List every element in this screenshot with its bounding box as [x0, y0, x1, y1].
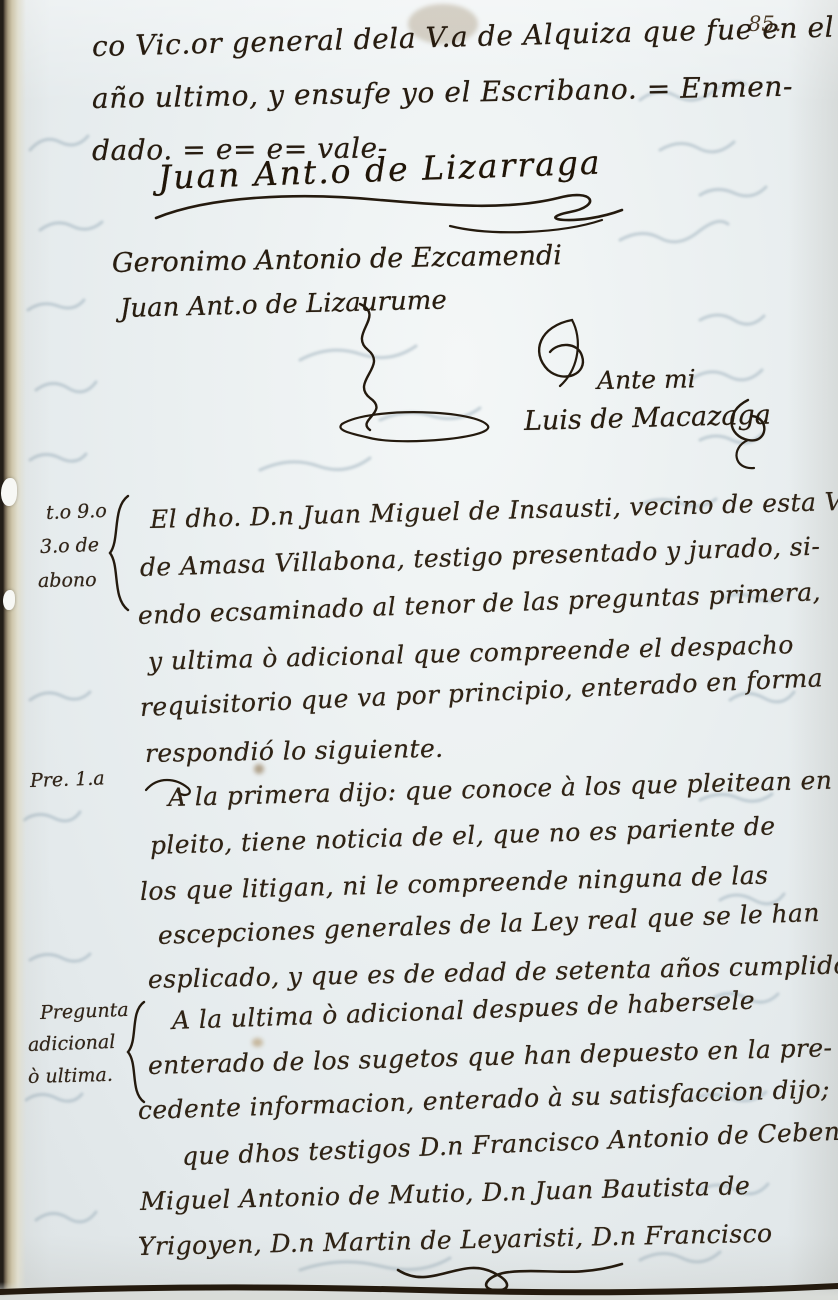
- margin-brace-icon: [104, 492, 134, 614]
- margin-note: adicional: [28, 1031, 116, 1056]
- paper-chip: [3, 590, 15, 610]
- manuscript-page: 85. co Vic.or general dela V.a de Alquiz…: [0, 0, 838, 1300]
- rubric-loop-icon: [520, 316, 600, 394]
- margin-note: abono: [38, 569, 97, 592]
- page-left-edge: [0, 0, 26, 1300]
- margin-note: t.o 9.o: [46, 500, 107, 524]
- closing-flourish-icon: [392, 1246, 632, 1298]
- margin-note: Pre. 1.a: [30, 767, 105, 792]
- deposition-line: respondió lo siguiente.: [145, 734, 444, 768]
- signature-rubric-icon: [150, 176, 640, 246]
- witness-rubric-icon: [332, 298, 502, 448]
- margin-note: Pregunta: [40, 999, 129, 1024]
- margin-brace-icon: [122, 998, 150, 1106]
- ink-fleck: [252, 1038, 263, 1047]
- notary-rubric-icon: [716, 396, 778, 480]
- paper-chip: [1, 478, 17, 506]
- ante-mi-label: Ante mi: [597, 364, 696, 395]
- margin-note: 3.o de: [40, 534, 100, 558]
- margin-note: ò ultima.: [28, 1064, 113, 1088]
